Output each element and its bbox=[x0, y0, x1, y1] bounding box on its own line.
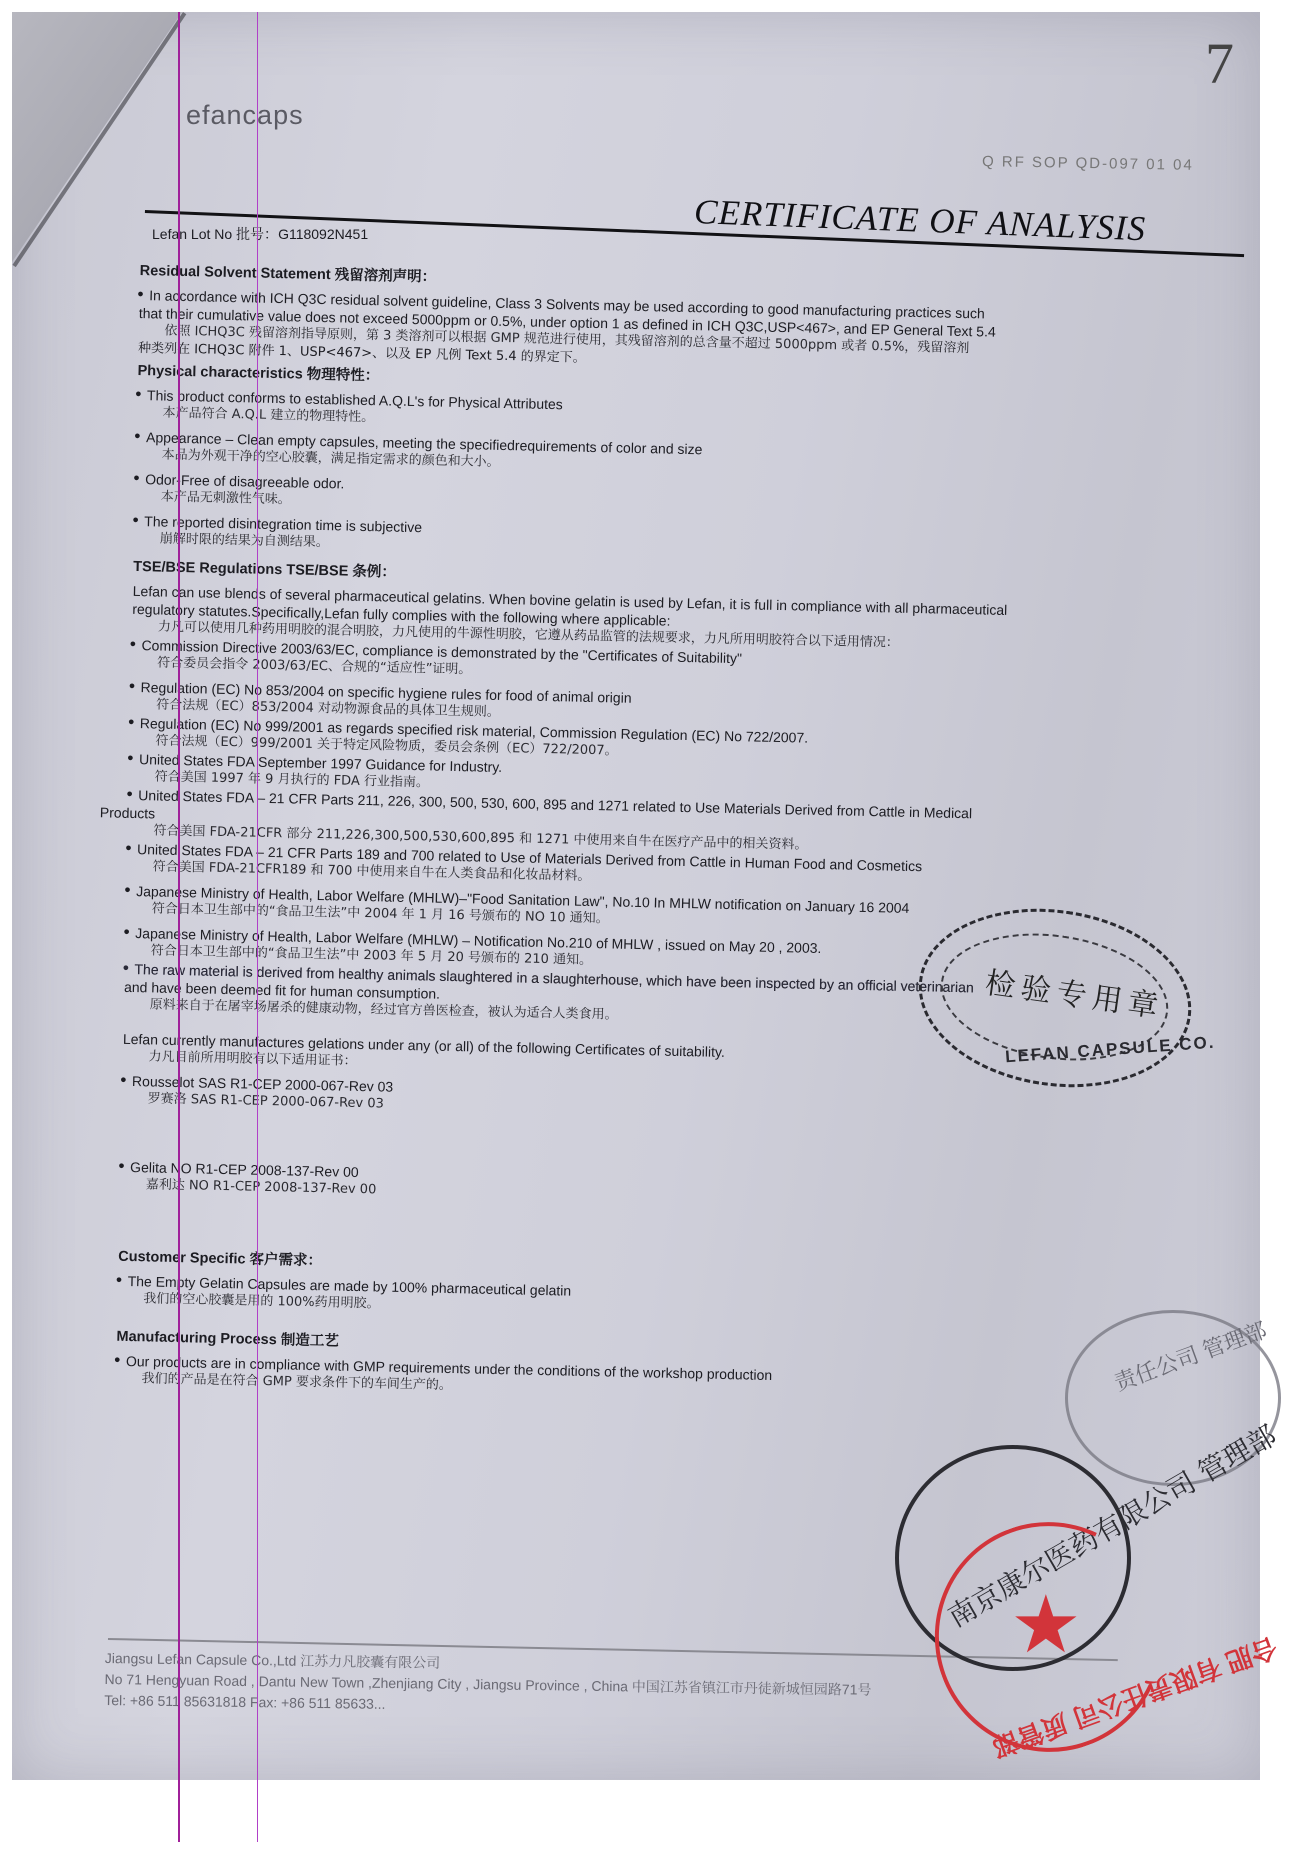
lot-number: Lefan Lot No 批号：G118092N451 bbox=[152, 224, 368, 244]
company-logo: efancaps bbox=[186, 100, 304, 131]
physical-section: Physical characteristics 物理特性： This prod… bbox=[134, 362, 1263, 572]
scan-artifact-line bbox=[178, 12, 180, 1842]
footer: Jiangsu Lefan Capsule Co.,Ltd 江苏力凡胶囊有限公司… bbox=[104, 1648, 872, 1722]
scan-artifact-line bbox=[257, 12, 258, 1842]
lot-label: Lefan Lot No 批号： bbox=[152, 226, 278, 242]
certificate-body: Residual Solvent Statement 残留溶剂声明： In ac… bbox=[115, 258, 1264, 1412]
lot-value: G118092N451 bbox=[278, 226, 368, 242]
star-icon: ★ bbox=[1010, 1585, 1082, 1665]
handwritten-page-number: 7 bbox=[1205, 30, 1234, 97]
residual-solvent-section: Residual Solvent Statement 残留溶剂声明： In ac… bbox=[138, 262, 1265, 383]
